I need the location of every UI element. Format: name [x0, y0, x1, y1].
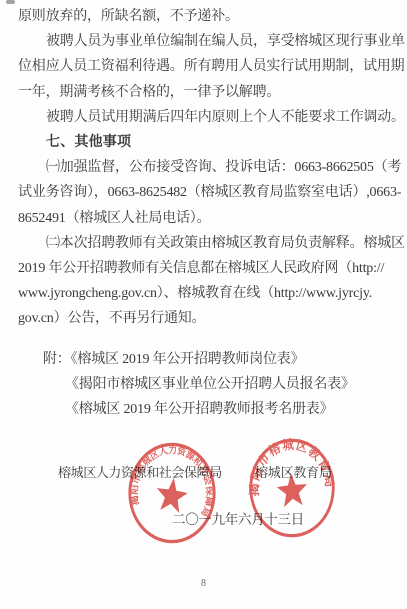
scan-artifact [6, 0, 15, 4]
body-line: www.jyrongcheng.gov.cn）、榕城教育在线（http://ww… [18, 281, 392, 306]
signature-org-right: 榕城区教育局 [255, 462, 332, 481]
body-line: 2019 年公开招聘教师有关信息都在榕城区人民政府网（http:// [18, 256, 392, 281]
body-line: 试业务咨询），0663-8625482（榕城区教育局监察室电话）,0663- [18, 180, 392, 205]
official-seal-right: 揭阳市榕城区教育局 [247, 436, 337, 545]
official-seal-left: 揭阳市榕城区人力资源和社会保障局 [126, 440, 218, 551]
body-line: 被聘人员试用期满后四年内原则上个人不能要求工作调动。 [18, 105, 392, 130]
body-line: 8652491（榕城区人社局电话）。 [18, 206, 392, 231]
body-line: 一年，期满考核不合格的，一律予以解聘。 [18, 80, 392, 105]
section-heading: 七、其他事项 [18, 130, 392, 155]
attachment-item: 附：《榕城区 2019 年公开招聘教师岗位表》 [18, 347, 392, 372]
signature-org-left: 榕城区人力资源和社会保障局 [58, 462, 222, 481]
page-number: 8 [0, 578, 407, 589]
body-line: 位相应人员工资福利待遇。所有聘用人员实行试用期制，试用期 [18, 54, 392, 79]
document-body: 原则放弃的，所缺名额，不予递补。 被聘人员为事业单位编制在编人员，享受榕城区现行… [18, 4, 392, 422]
seal-ring [126, 440, 218, 546]
body-line: ㈠加强监督，公布接受咨询、投诉电话：0663-8662505（考 [18, 155, 392, 180]
document-page: 原则放弃的，所缺名额，不予递补。 被聘人员为事业单位编制在编人员，享受榕城区现行… [0, 0, 407, 609]
body-line: gov.cn）公告，不再另行通知。 [18, 306, 392, 331]
body-line: 被聘人员为事业单位编制在编人员，享受榕城区现行事业单 [18, 29, 392, 54]
attachment-item: 《揭阳市榕城区事业单位公开招聘人员报名表》 [18, 372, 392, 397]
attachments-list: 附：《榕城区 2019 年公开招聘教师岗位表》 《揭阳市榕城区事业单位公开招聘人… [18, 347, 392, 423]
attachment-item: 《榕城区 2019 年公开招聘教师报考名册表》 [18, 397, 392, 422]
document-date: 二〇一九年六月十三日 [172, 508, 304, 528]
body-line: 原则放弃的，所缺名额，不予递补。 [18, 4, 392, 29]
body-line: ㈡本次招聘教师有关政策由榕城区教育局负责解释。榕城区 [18, 231, 392, 256]
